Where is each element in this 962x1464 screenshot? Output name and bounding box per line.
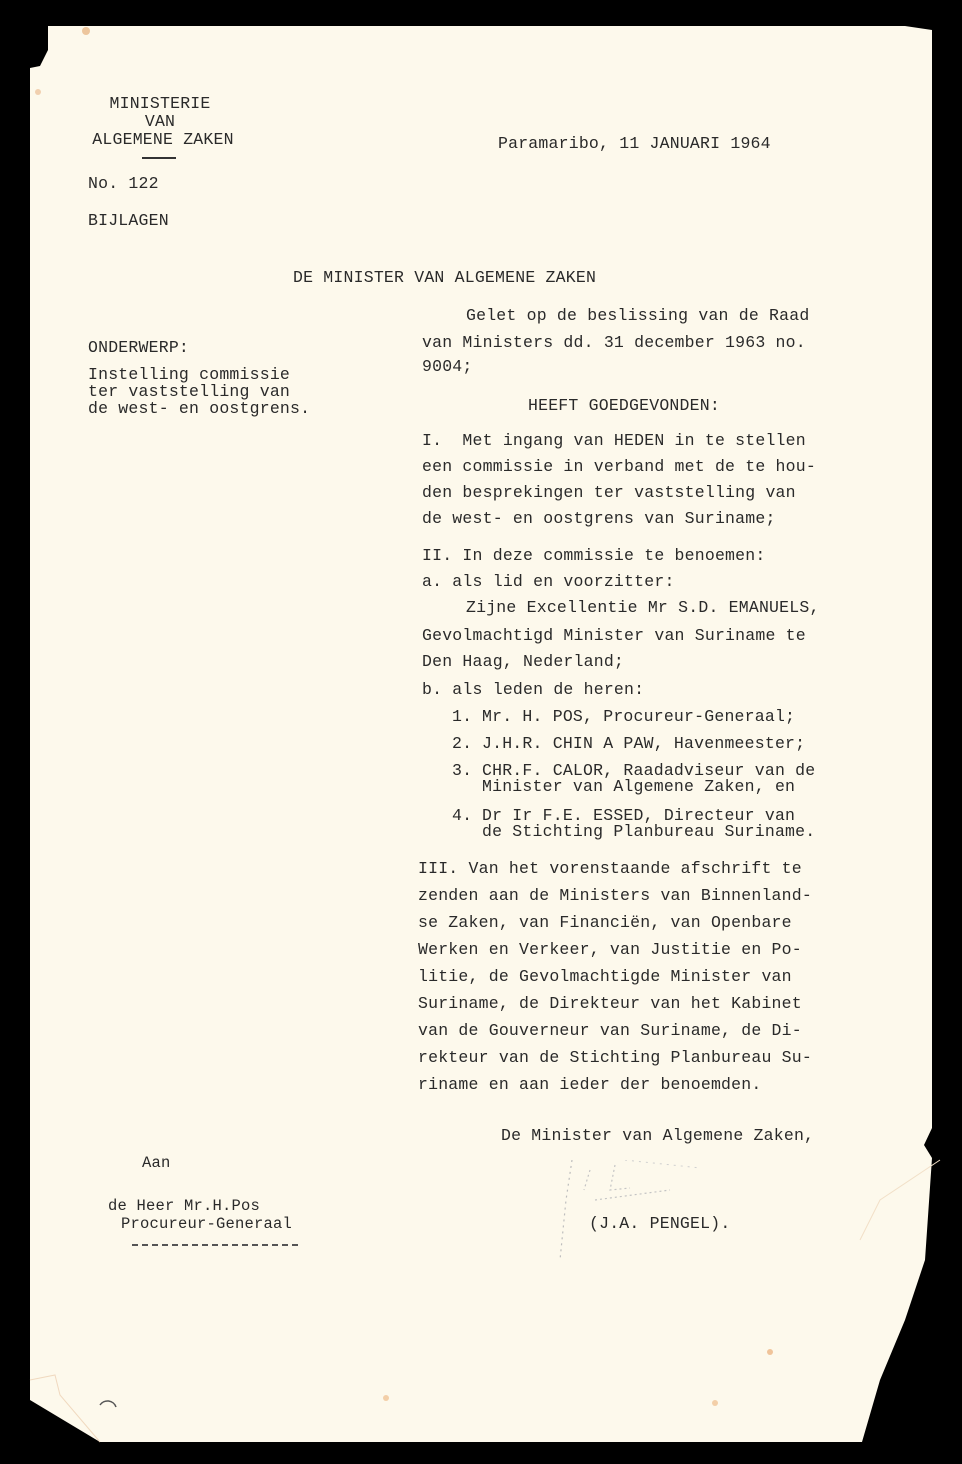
preamble-line: 9004;	[422, 359, 473, 376]
article-2-b-label: b. als leden de heren:	[422, 682, 644, 699]
document-heading: DE MINISTER VAN ALGEMENE ZAKEN	[293, 270, 596, 287]
article-2-intro: II. In deze commissie te benoemen:	[422, 548, 765, 565]
addressee-line-1: Aan	[142, 1156, 171, 1172]
addressee-line-3: Procureur-Generaal	[121, 1217, 292, 1233]
article-3-line: riname en aan ieder der benoemden.	[418, 1077, 761, 1094]
member-line: Mr. H. POS, Procureur-Generaal;	[482, 709, 795, 726]
subject-label: ONDERWERP:	[88, 340, 189, 357]
article-1-line: de west- en oostgrens van Suriname;	[422, 511, 776, 528]
member-line: J.H.R. CHIN A PAW, Havenmeester;	[482, 736, 805, 753]
attachments-label: BIJLAGEN	[88, 213, 169, 230]
letterhead-line-3: ALGEMENE ZAKEN	[88, 132, 238, 149]
member-number: 1.	[452, 709, 472, 726]
signatory-name: (J.A. PENGEL).	[589, 1216, 730, 1233]
article-1-line: I. Met ingang van HEDEN in te stellen	[422, 433, 806, 450]
date-line: Paramaribo, 11 JANUARI 1964	[498, 136, 771, 153]
article-3-line: III. Van het vorenstaande afschrift te	[418, 861, 802, 878]
member-line: de Stichting Planbureau Suriname.	[482, 824, 815, 841]
member-line: Minister van Algemene Zaken, en	[482, 779, 795, 796]
article-3-line: Suriname, de Direkteur van het Kabinet	[418, 996, 802, 1013]
letterhead-line-1: MINISTERIE	[88, 96, 232, 113]
letterhead-line-2: VAN	[88, 114, 232, 131]
member-number: 4.	[452, 808, 472, 825]
article-3-line: se Zaken, van Financiën, van Openbare	[418, 915, 792, 932]
document-number: No. 122	[88, 176, 159, 193]
preamble-line: Gelet op de beslissing van de Raad	[466, 308, 809, 325]
signature-title: De Minister van Algemene Zaken,	[501, 1128, 814, 1145]
chairman-line: Gevolmachtigd Minister van Suriname te	[422, 628, 806, 645]
member-number: 3.	[452, 763, 472, 780]
document-page: MINISTERIE VAN ALGEMENE ZAKEN No. 122 BI…	[0, 0, 962, 1464]
chairman-line: Den Haag, Nederland;	[422, 654, 624, 671]
letterhead-rule	[142, 157, 176, 159]
subject-line: de west- en oostgrens.	[88, 401, 310, 418]
preamble-line: van Ministers dd. 31 december 1963 no.	[422, 335, 806, 352]
article-3-line: Werken en Verkeer, van Justitie en Po-	[418, 942, 802, 959]
addressee-line-2: de Heer Mr.H.Pos	[108, 1199, 260, 1215]
article-3-line: zenden aan de Ministers van Binnenland-	[418, 888, 812, 905]
article-1-line: een commissie in verband met de te hou-	[422, 459, 816, 476]
article-3-line: van de Gouverneur van Suriname, de Di-	[418, 1023, 802, 1040]
member-number: 2.	[452, 736, 472, 753]
decision-heading: HEEFT GOEDGEVONDEN:	[528, 398, 720, 415]
article-3-line: rekteur van de Stichting Planbureau Su-	[418, 1050, 812, 1067]
article-1-line: den besprekingen ter vaststelling van	[422, 485, 796, 502]
chairman-line: Zijne Excellentie Mr S.D. EMANUELS,	[466, 600, 820, 617]
addressee-underline	[132, 1244, 298, 1246]
article-3-line: litie, de Gevolmachtigde Minister van	[418, 969, 792, 986]
article-2-a-label: a. als lid en voorzitter:	[422, 574, 675, 591]
